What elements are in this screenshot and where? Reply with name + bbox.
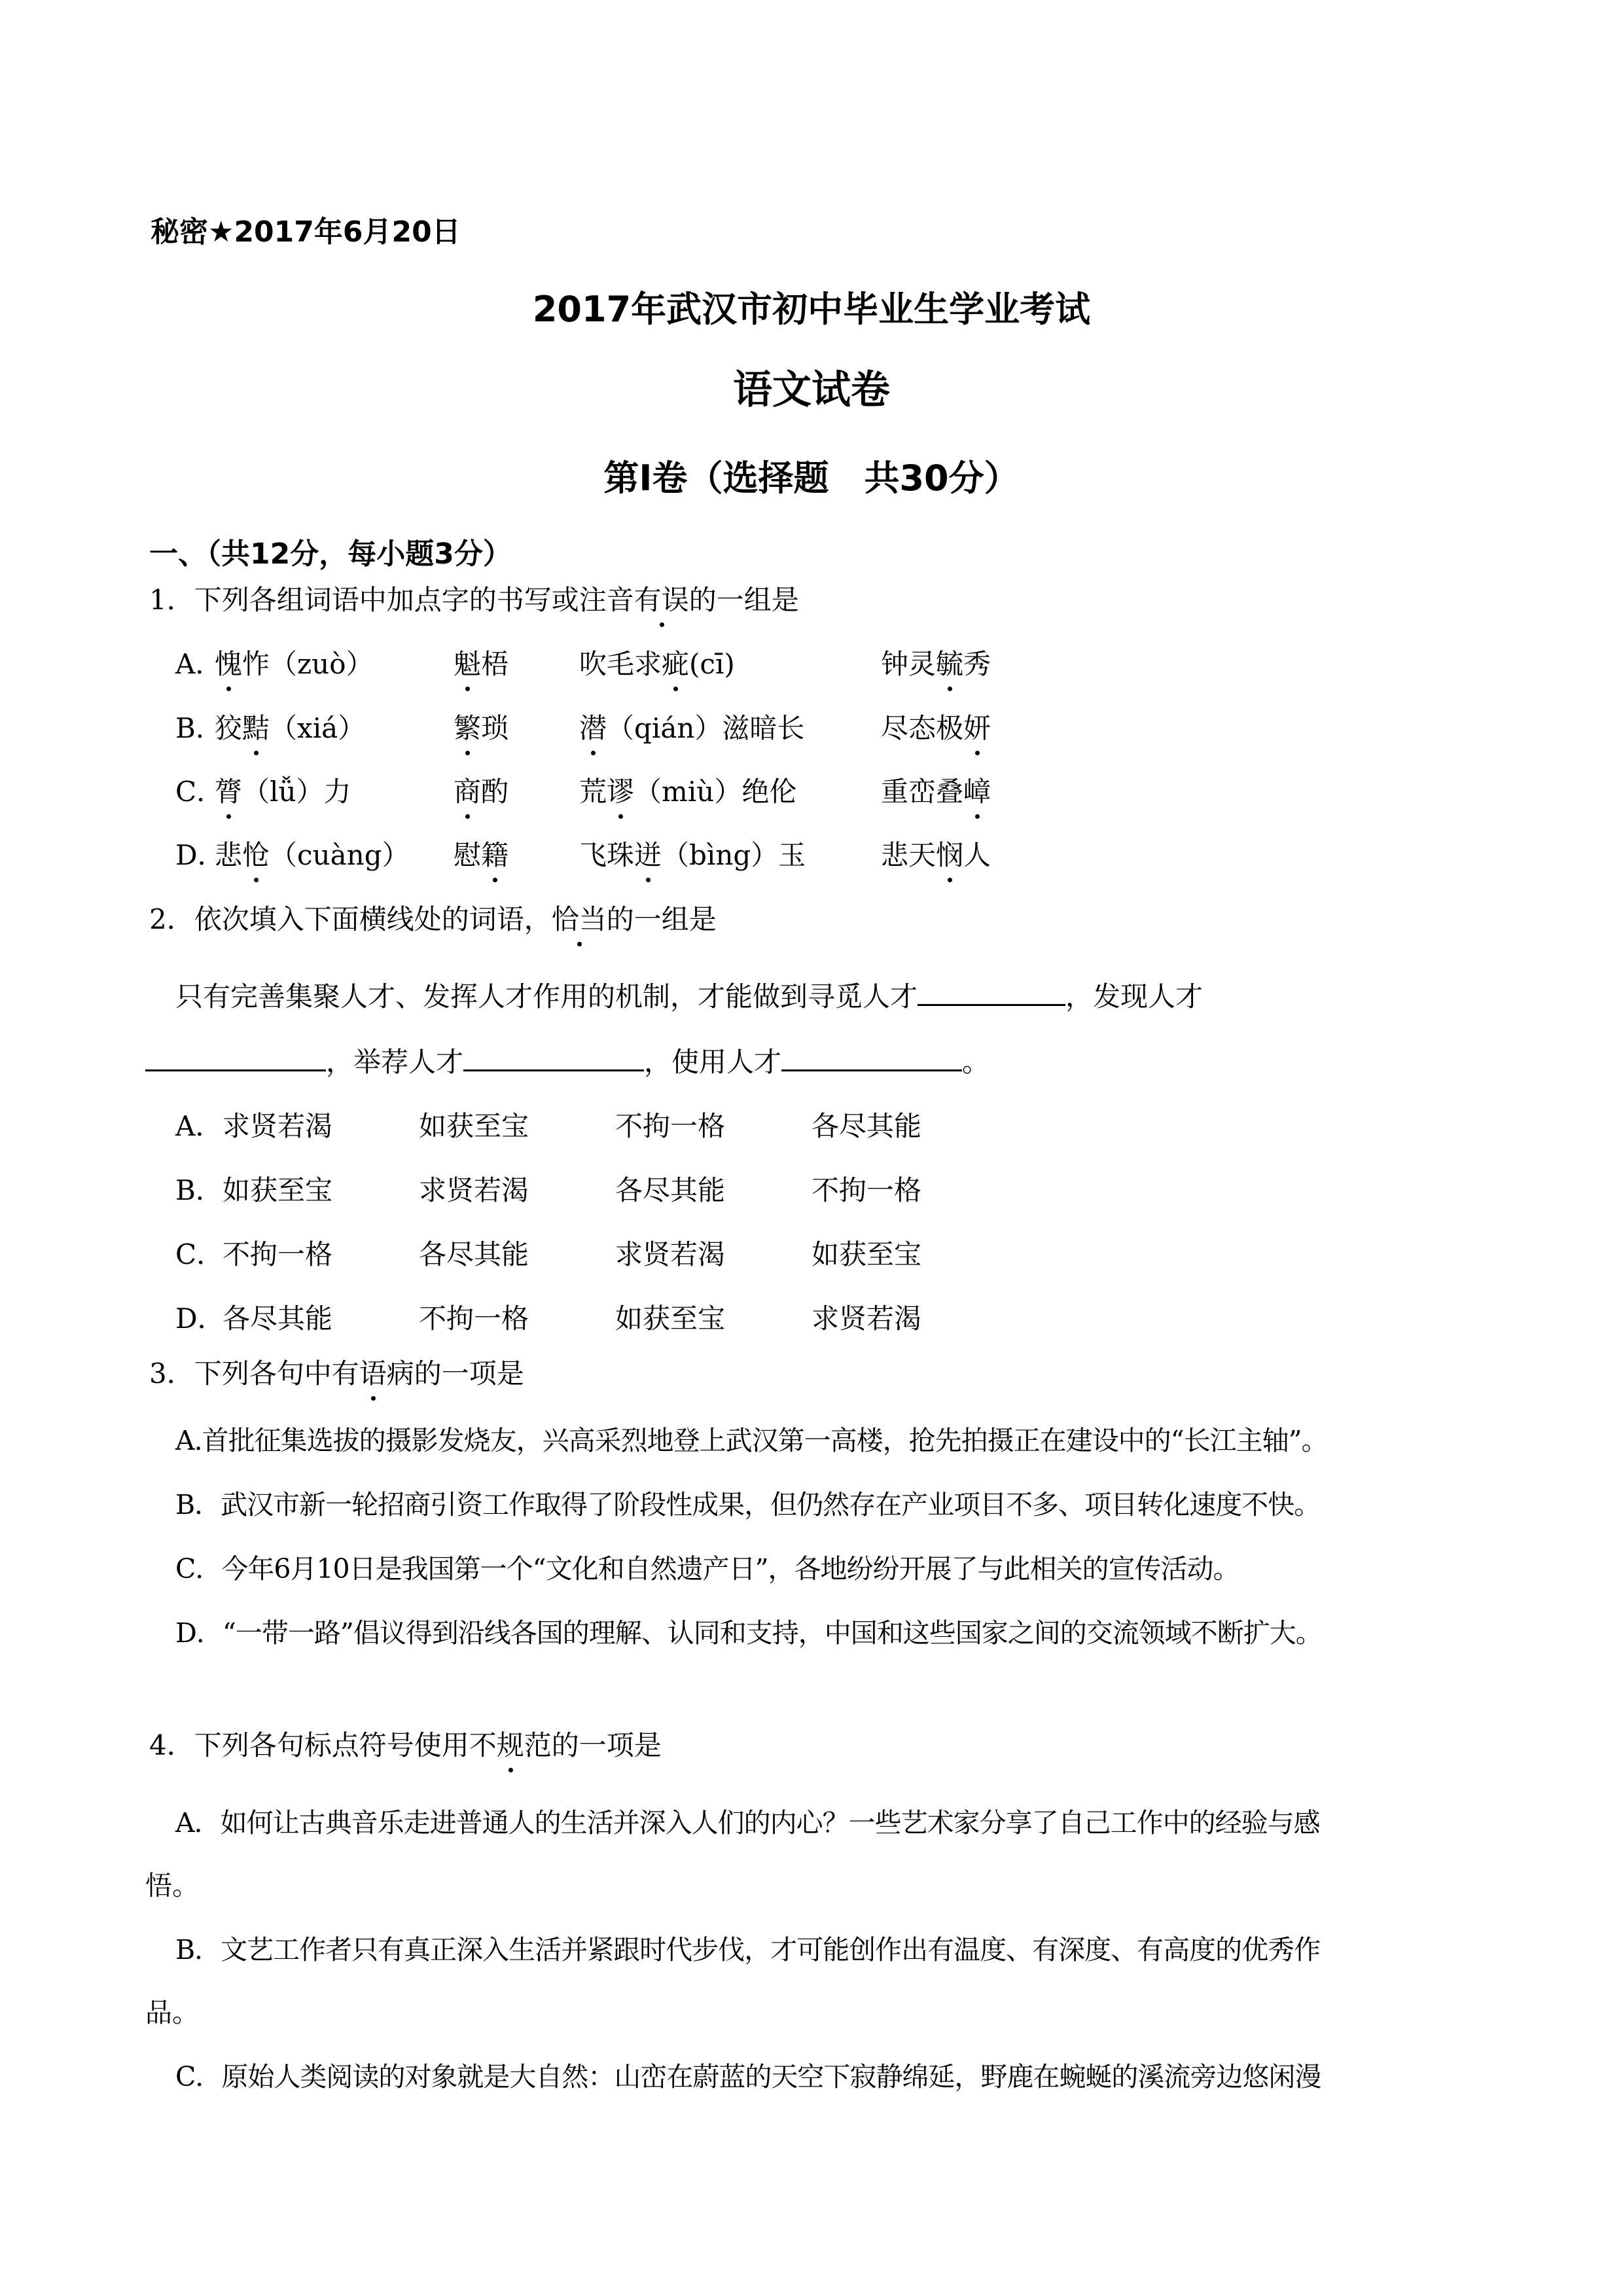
- word-text: 各尽其能: [419, 1233, 529, 1272]
- q1-option-a[interactable]: A． 愧怍（zuò） 魁梧 吹毛求疵(cī) 钟灵毓秀: [175, 643, 1419, 682]
- option-label: C．: [175, 1233, 224, 1272]
- q4-option-a-line-2[interactable]: 悟。: [145, 1864, 199, 1903]
- word-text: 吹毛求: [579, 648, 662, 680]
- word-text: （qián）滋暗长: [607, 712, 804, 744]
- word-text: 荒: [579, 776, 607, 808]
- stem-text: 2．依次填入下面横线处的词语，: [149, 903, 552, 935]
- emphasis-dots: 有语病: [332, 1352, 414, 1391]
- dotted-char: 悯: [936, 834, 963, 873]
- dotted-char: 谬: [607, 770, 634, 810]
- word-text: 求贤若渴: [419, 1169, 529, 1208]
- dotted-char: 怆: [242, 834, 270, 873]
- word-text: 秀: [963, 648, 991, 680]
- word-text: 悲天: [881, 839, 936, 871]
- dotted-char: 迸: [634, 834, 662, 873]
- word-text: 悲: [215, 839, 242, 871]
- word-text: 各尽其能: [615, 1169, 725, 1208]
- q4-option-a-line-1[interactable]: A．如何让古典音乐走进普通人的生活并深入人们的内心？一些艺术家分享了自己工作中的…: [175, 1801, 1320, 1840]
- q3-option-a[interactable]: A.首批征集选拔的摄影发烧友，兴高采烈地登上武汉第一高楼，抢先拍摄正在建设中的“…: [175, 1419, 1328, 1458]
- q2-option-d[interactable]: D． 各尽其能 不拘一格 如获至宝 求贤若渴: [175, 1297, 1092, 1336]
- option-label: B．: [175, 1169, 223, 1208]
- word-text: 求贤若渴: [811, 1297, 921, 1336]
- stem-text: 的一项是: [414, 1357, 524, 1390]
- question-3-stem: 3．下列各句中有语病的一项是: [149, 1352, 524, 1391]
- dotted-char: 愧: [215, 643, 242, 682]
- question-2-stem: 2．依次填入下面横线处的词语，恰当的一组是: [149, 898, 717, 937]
- q1-option-c[interactable]: C． 膂（lǚ）力 商酌 荒谬（miù）绝伦 重峦叠嶂: [175, 770, 1419, 810]
- fill-blank-1[interactable]: [918, 980, 1065, 1006]
- q2-option-c[interactable]: C． 不拘一格 各尽其能 求贤若渴 如获至宝: [175, 1233, 1092, 1272]
- stem-text: 的一项是: [552, 1729, 662, 1761]
- part-title: 第Ⅰ卷（选择题 共30分）: [0, 450, 1623, 501]
- word-text: （miù）绝伦: [634, 776, 796, 808]
- dotted-char: 籍: [481, 834, 508, 873]
- stem-text: 4．下列各句标点符号使用: [149, 1729, 469, 1761]
- dotted-char: 黠: [242, 707, 270, 746]
- word-text: 慰: [454, 839, 481, 871]
- passage-text: 。: [962, 1046, 990, 1078]
- fill-blank-4[interactable]: [781, 1046, 962, 1071]
- q1-option-d[interactable]: D． 悲怆（cuàng） 慰籍 飞珠迸（bìng）玉 悲天悯人: [175, 834, 1419, 873]
- word-text: 不拘一格: [615, 1105, 725, 1144]
- word-text: 重峦叠: [881, 776, 963, 808]
- dotted-char: 商: [454, 770, 481, 810]
- dotted-char: 魁: [454, 643, 481, 682]
- option-label: A．: [175, 1105, 223, 1144]
- q2-passage-line-1: 只有完善集聚人才、发挥人才作用的机制，才能做到寻觅人才，发现人才: [175, 975, 1203, 1014]
- word-text: 求贤若渴: [223, 1105, 332, 1144]
- word-text: 各尽其能: [811, 1105, 921, 1144]
- section-heading: 一、（共12分，每小题3分）: [149, 530, 512, 572]
- fill-blank-2[interactable]: [145, 1046, 326, 1071]
- passage-text: ，发现人才: [1065, 980, 1203, 1013]
- word-text: 不拘一格: [223, 1233, 332, 1272]
- q2-passage-line-2: ，举荐人才，使用人才。: [145, 1041, 990, 1080]
- word-text: 钟灵: [881, 648, 936, 680]
- word-text: （lǚ）力: [242, 776, 351, 808]
- q2-option-b[interactable]: B． 如获至宝 求贤若渴 各尽其能 不拘一格: [175, 1169, 1092, 1208]
- word-text: 尽态极: [881, 712, 963, 744]
- option-label: D．: [175, 1297, 225, 1336]
- word-text: 人: [963, 839, 991, 871]
- word-text: 不拘一格: [811, 1169, 921, 1208]
- passage-text: 只有完善集聚人才、发挥人才作用的机制，才能做到寻觅人才: [175, 980, 918, 1013]
- secret-date-line: 秘密★2017年6月20日: [151, 208, 461, 250]
- dotted-char: 潜: [579, 707, 607, 746]
- q3-option-b[interactable]: B．武汉市新一轮招商引资工作取得了阶段性成果，但仍然存在产业项目不多、项目转化速…: [175, 1483, 1320, 1522]
- q3-option-d[interactable]: D．“一带一路”倡议得到沿线各国的理解、认同和支持，中国和这些国家之间的交流领域…: [175, 1611, 1322, 1650]
- q4-option-b-line-2[interactable]: 品。: [145, 1991, 199, 2030]
- word-text: 各尽其能: [223, 1297, 332, 1336]
- dotted-char: 妍: [963, 707, 991, 746]
- dotted-char: 膂: [215, 770, 242, 810]
- word-text: 如获至宝: [811, 1233, 921, 1272]
- stem-text: 3．下列各句中: [149, 1357, 332, 1390]
- emphasis-dots: 有误: [634, 579, 689, 618]
- q1-option-b[interactable]: B． 狡黠（xiá） 繁琐 潜（qián）滋暗长 尽态极妍: [175, 707, 1419, 746]
- word-text: 琐: [481, 712, 508, 744]
- word-text: 如获至宝: [419, 1105, 529, 1144]
- question-4-stem: 4．下列各句标点符号使用不规范的一项是: [149, 1724, 662, 1763]
- word-text: （bìng）玉: [662, 839, 806, 871]
- dotted-char: 繁: [454, 707, 481, 746]
- dotted-char: 毓: [936, 643, 963, 682]
- word-text: 狡: [215, 712, 242, 744]
- emphasis-dots: 恰当: [552, 898, 607, 937]
- word-text: 酌: [481, 776, 508, 808]
- word-text: 怍（zuò）: [242, 648, 373, 680]
- q2-option-a[interactable]: A． 求贤若渴 如获至宝 不拘一格 各尽其能: [175, 1105, 1092, 1144]
- word-text: 求贤若渴: [615, 1233, 725, 1272]
- question-1-stem: 1．下列各组词语中加点字的书写或注音有误的一组是: [149, 579, 799, 618]
- dotted-char: 嶂: [963, 770, 991, 810]
- word-text: 如获至宝: [615, 1297, 725, 1336]
- stem-text: 1．下列各组词语中加点字的书写或注音: [149, 584, 634, 616]
- fill-blank-3[interactable]: [463, 1046, 644, 1071]
- q4-option-c-line-1[interactable]: C．原始人类阅读的对象就是大自然：山峦在蔚蓝的天空下寂静绵延，野鹿在蜿蜒的溪流旁…: [175, 2055, 1321, 2094]
- passage-text: ，使用人才: [644, 1046, 781, 1078]
- exam-title: 2017年武汉市初中毕业生学业考试: [0, 281, 1623, 332]
- word-text: 飞珠: [579, 839, 634, 871]
- word-text: (cī): [689, 648, 735, 680]
- stem-text: 的一组是: [607, 903, 717, 935]
- word-text: （cuàng）: [270, 839, 410, 871]
- dotted-char: 疵: [662, 643, 689, 682]
- word-text: （xiá）: [270, 712, 365, 744]
- word-text: 梧: [481, 648, 508, 680]
- q3-option-c[interactable]: C．今年6月10日是我国第一个“文化和自然遗产日”，各地纷纷开展了与此相关的宣传…: [175, 1547, 1240, 1586]
- stem-text: 的一组是: [689, 584, 799, 616]
- emphasis-dots: 不规范: [469, 1724, 552, 1763]
- subject-title: 语文试卷: [0, 359, 1623, 415]
- q4-option-b-line-1[interactable]: B．文艺工作者只有真正深入生活并紧跟时代步伐，才可能创作出有温度、有深度、有高度…: [175, 1928, 1320, 1967]
- word-text: 如获至宝: [223, 1169, 332, 1208]
- passage-text: ，举荐人才: [326, 1046, 463, 1078]
- word-text: 不拘一格: [419, 1297, 529, 1336]
